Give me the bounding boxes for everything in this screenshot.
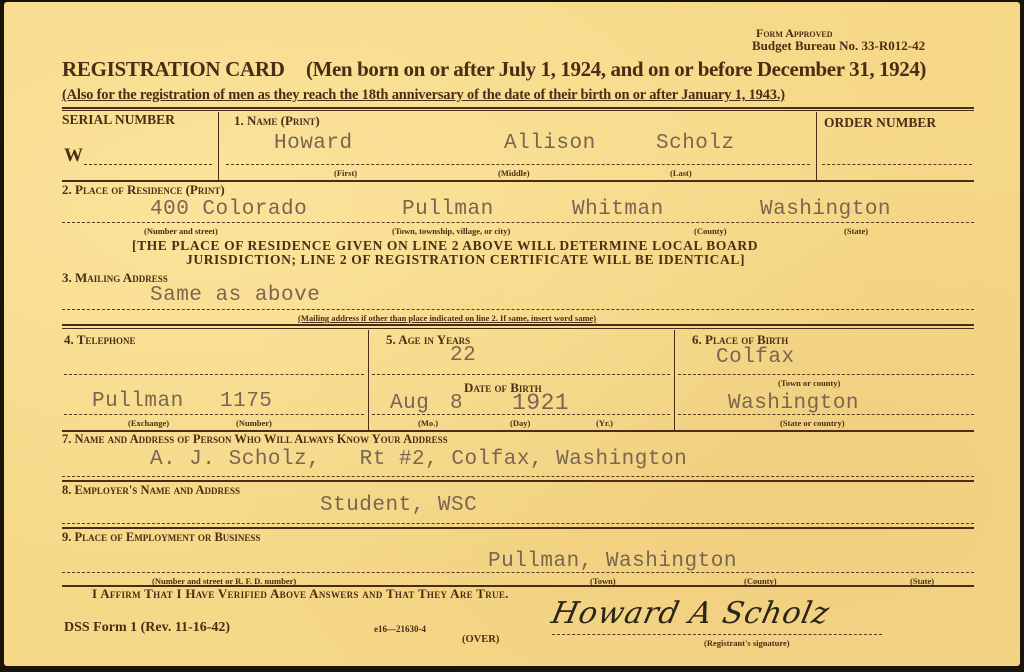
divider (62, 328, 974, 329)
last-caption: (Last) (670, 168, 692, 178)
town-caption: (Town, township, village, or city) (392, 226, 510, 236)
exchange-caption: (Exchange) (128, 418, 169, 428)
birthplace-line-1 (678, 374, 974, 375)
employer-line (62, 523, 974, 524)
year-caption: (Yr.) (596, 418, 613, 428)
telephone-line-2 (64, 414, 364, 415)
telephone-number[interactable]: 1175 (220, 390, 272, 413)
first-caption: (First) (334, 168, 357, 178)
divider (62, 110, 974, 111)
order-number-field[interactable] (822, 164, 972, 165)
serial-number-field[interactable] (84, 164, 212, 165)
dob-day[interactable]: 8 (450, 392, 463, 415)
card-title: REGISTRATION CARD (62, 57, 285, 82)
age-value[interactable]: 22 (450, 344, 476, 367)
residence-line (62, 222, 974, 223)
residence-street[interactable]: 400 Colorado (150, 198, 307, 221)
contact-value[interactable]: A. J. Scholz, Rt #2, Colfax, Washington (150, 448, 687, 471)
contact-line (62, 476, 974, 477)
middle-name-value[interactable]: Allison (504, 132, 596, 155)
print-code: e16—21630-4 (374, 624, 426, 634)
age-line (372, 374, 670, 375)
dob-line (372, 414, 670, 415)
dob-month[interactable]: Aug (390, 392, 429, 415)
residence-notice-2: JURISDICTION; LINE 2 OF REGISTRATION CER… (186, 252, 745, 268)
mailing-caption: (Mailing address if other than place ind… (298, 313, 596, 323)
employment-place-value[interactable]: Pullman, Washington (488, 550, 737, 573)
divider (62, 527, 974, 529)
county-caption: (County) (694, 226, 727, 236)
divider (62, 107, 974, 109)
over-note: (OVER) (462, 634, 499, 645)
budget-bureau-number: Budget Bureau No. 33-R012-42 (752, 38, 925, 54)
last-name-value[interactable]: Scholz (656, 132, 735, 155)
employment-place-line (62, 572, 974, 573)
divider (62, 324, 974, 326)
form-id: DSS Form 1 (Rev. 11-16-42) (64, 620, 230, 636)
affirmation-text: I Affirm That I Have Verified Above Answ… (92, 586, 509, 602)
middle-caption: (Middle) (498, 168, 530, 178)
divider (368, 330, 369, 430)
divider (218, 112, 219, 180)
signature-line (552, 634, 882, 635)
contact-label: 7. Name and Address of Person Who Will A… (62, 432, 448, 447)
residence-state[interactable]: Washington (760, 198, 891, 221)
telephone-line-1 (64, 374, 364, 375)
employer-label: 8. Employer's Name and Address (62, 483, 240, 498)
birth-state-caption: (State or country) (780, 418, 845, 428)
dob-year[interactable]: 1921 (512, 390, 569, 416)
employer-value[interactable]: Student, WSC (320, 494, 477, 517)
name-label: 1. Name (Print) (234, 113, 320, 129)
mailing-value[interactable]: Same as above (150, 284, 320, 307)
street-caption: (Number and street) (144, 226, 218, 236)
telephone-exchange[interactable]: Pullman (92, 390, 184, 413)
also-note: (Also for the registration of men as the… (62, 87, 785, 104)
serial-number-label: SERIAL NUMBER (62, 112, 175, 128)
day-caption: (Day) (510, 418, 530, 428)
birth-town-caption: (Town or county) (778, 378, 840, 388)
signature-caption: (Registrant's signature) (704, 638, 790, 648)
divider (674, 330, 675, 430)
residence-label: 2. Place of Residence (Print) (62, 182, 225, 198)
registration-card: Form Approved Budget Bureau No. 33-R012-… (4, 2, 1020, 666)
registrant-signature[interactable]: Howard A Scholz (548, 596, 833, 631)
residence-town[interactable]: Pullman (402, 198, 494, 221)
mailing-line (62, 309, 974, 310)
eligibility-note: (Men born on or after July 1, 1924, and … (306, 57, 926, 82)
name-line (226, 164, 810, 165)
residence-county[interactable]: Whitman (572, 198, 664, 221)
divider (816, 112, 817, 180)
divider (62, 480, 974, 482)
first-name-value[interactable]: Howard (274, 132, 353, 155)
telephone-label: 4. Telephone (64, 332, 135, 348)
order-number-label: ORDER NUMBER (824, 115, 936, 131)
employment-place-label: 9. Place of Employment or Business (62, 530, 260, 545)
birthplace-town[interactable]: Colfax (716, 346, 795, 369)
month-caption: (Mo.) (418, 418, 438, 428)
state-caption: (State) (844, 226, 868, 236)
number-caption: (Number) (236, 418, 272, 428)
birthplace-line-2 (678, 414, 974, 415)
birthplace-state[interactable]: Washington (728, 392, 859, 415)
serial-prefix: W (64, 145, 83, 167)
